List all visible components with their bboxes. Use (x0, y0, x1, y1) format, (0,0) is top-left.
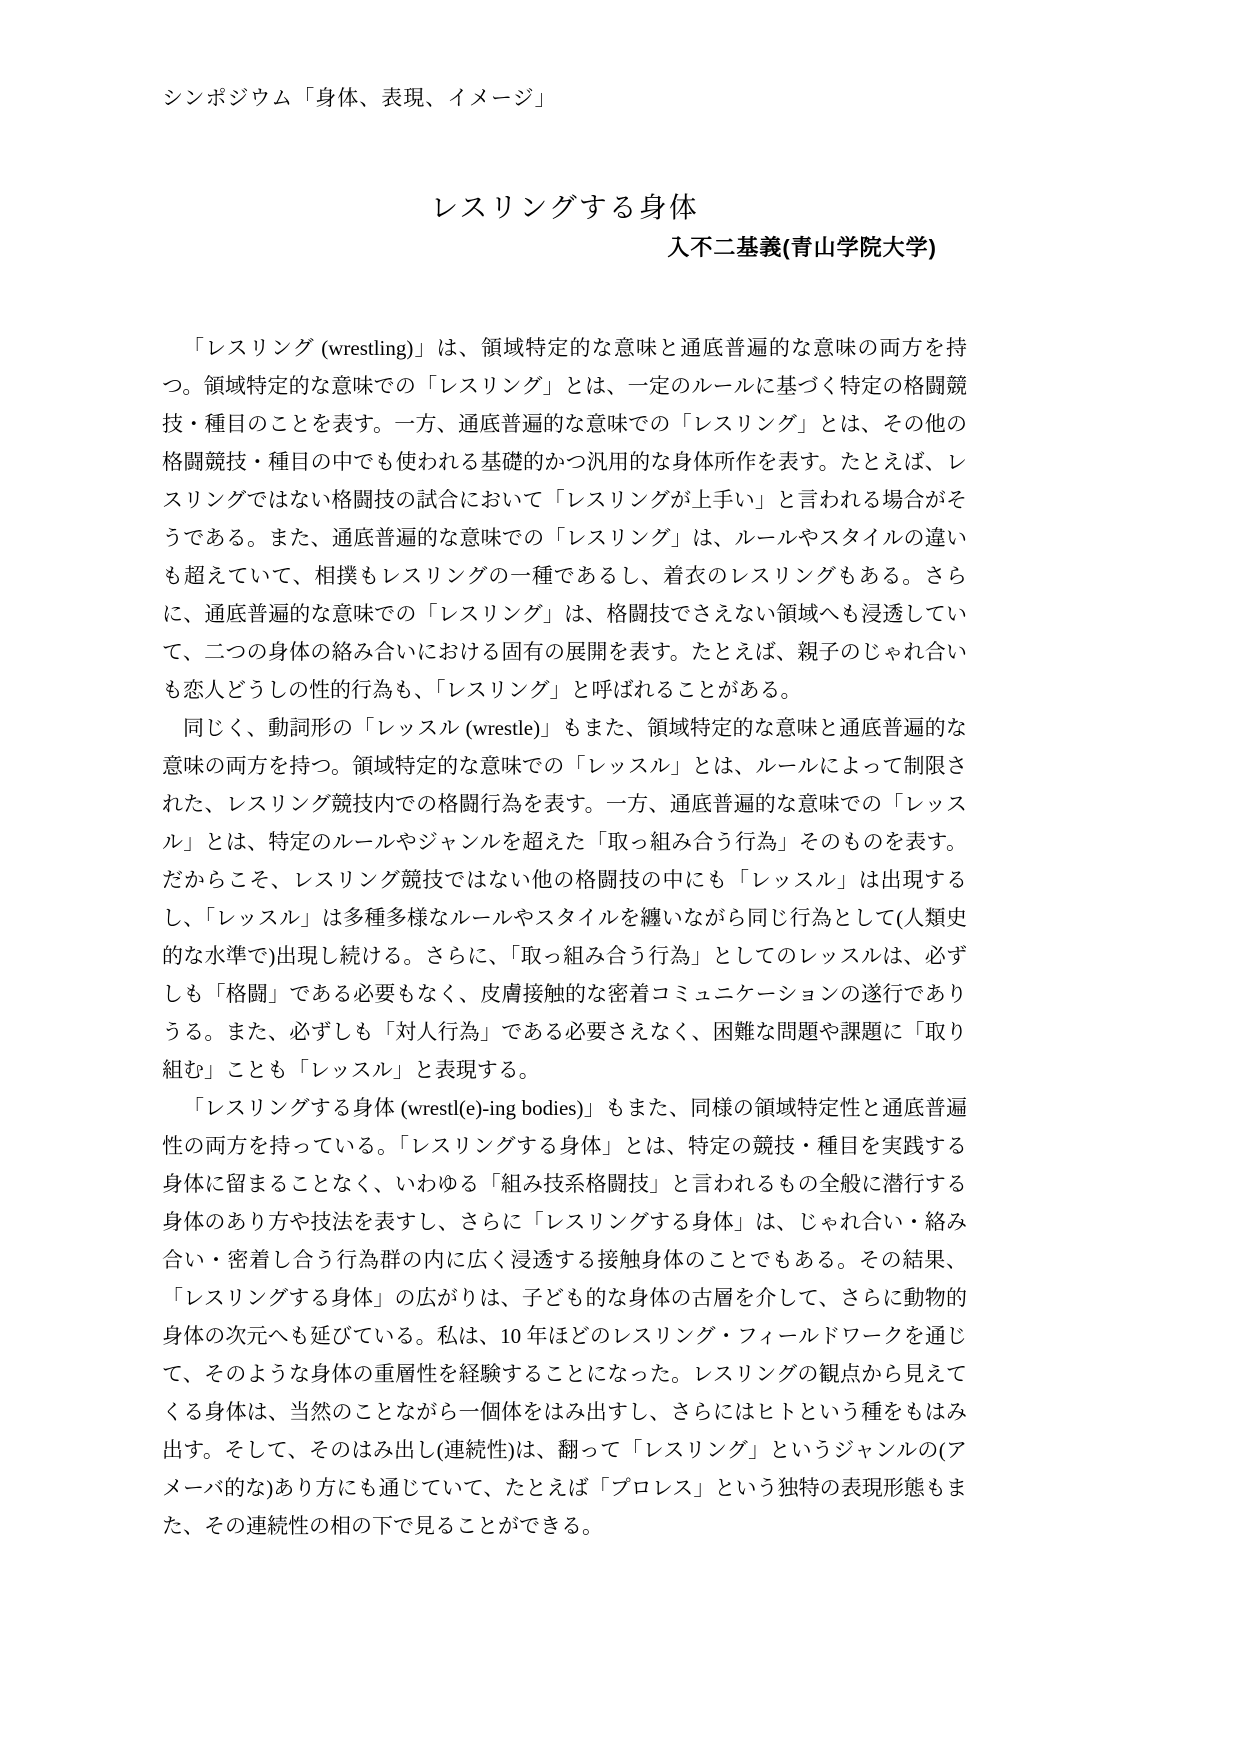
body-paragraph-1: 「レスリング (wrestling)」は、領域特定的な意味と通底普遍的な意味の両… (162, 329, 967, 709)
abstract-body: 「レスリング (wrestling)」は、領域特定的な意味と通底普遍的な意味の両… (162, 329, 967, 1545)
page-title: レスリングする身体 (162, 191, 967, 225)
symposium-header: シンポジウム「身体、表現、イメージ」 (162, 85, 967, 113)
document-page: シンポジウム「身体、表現、イメージ」 レスリングする身体 入不二基義(青山学院大… (0, 0, 1239, 1754)
body-paragraph-2: 同じく、動詞形の「レッスル (wrestle)」もまた、領域特定的な意味と通底普… (162, 709, 967, 1089)
author-affiliation: 入不二基義(青山学院大学) (162, 233, 967, 263)
body-paragraph-3: 「レスリングする身体 (wrestl(e)-ing bodies)」もまた、同様… (162, 1089, 967, 1545)
